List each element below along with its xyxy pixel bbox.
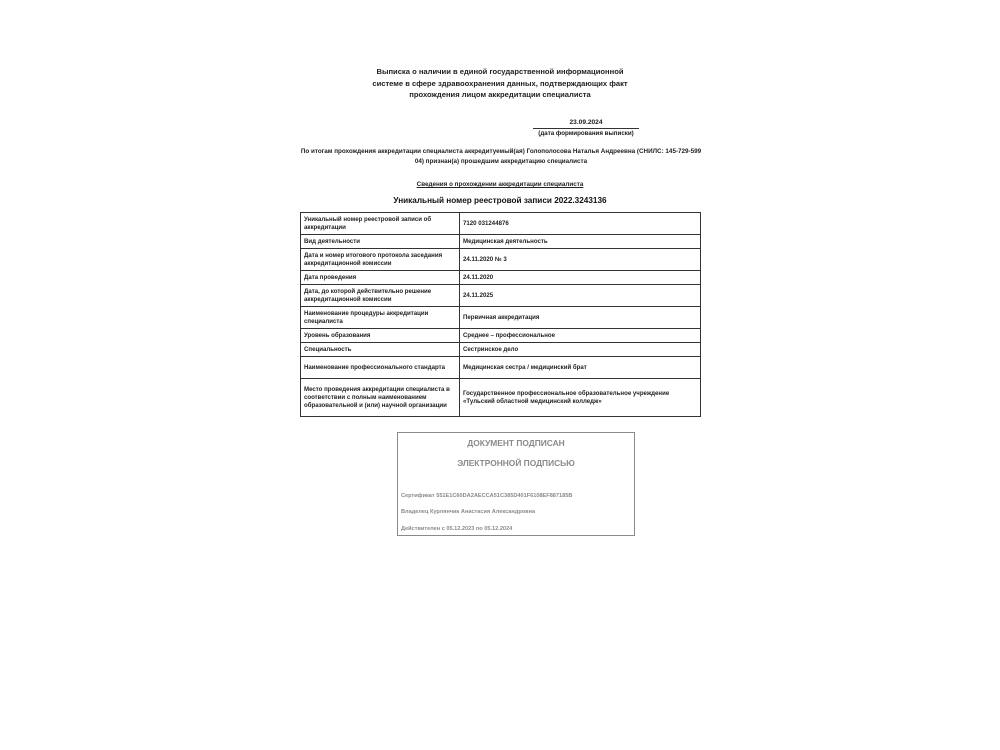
table-row: Вид деятельности Медицинская деятельност… [301,235,701,249]
row-value: Первичная аккредитация [460,307,701,329]
row-label: Вид деятельности [301,235,460,249]
table-row: Дата проведения 24.11.2020 [301,271,701,285]
row-label: Наименование процедуры аккредитации спец… [301,307,460,329]
row-label: Дата, до которой действительно решение а… [301,285,460,307]
stamp-heading-line1: ДОКУМЕНТ ПОДПИСАН [398,438,634,448]
row-label: Уникальный номер реестровой записи об ак… [301,213,460,235]
row-value: 24.11.2020 № 3 [460,249,701,271]
document-page: Выписка о наличии в единой государственн… [0,0,1000,750]
row-label: Наименование профессионального стандарта [301,357,460,379]
issue-date-block: 23.09.2024 (дата формирования выписки) [533,119,639,138]
registry-number: Уникальный номер реестровой записи 2022.… [300,196,700,205]
row-value: 24.11.2020 [460,271,701,285]
table-row: Специальность Сестринское дело [301,343,701,357]
row-value: Сестринское дело [460,343,701,357]
table-row: Уникальный номер реестровой записи об ак… [301,213,701,235]
row-value: Среднее – профессиональное [460,329,701,343]
row-value: Медицинская сестра / медицинский брат [460,357,701,379]
intro-text: По итогам прохождения аккредитации специ… [296,147,706,167]
stamp-heading-line2: ЭЛЕКТРОННОЙ ПОДПИСЬЮ [398,458,634,468]
section-title: Сведения о прохождении аккредитации спец… [300,181,700,188]
table-row: Наименование профессионального стандарта… [301,357,701,379]
title-line: Выписка о наличии в единой государственн… [300,66,700,78]
electronic-signature-stamp: ДОКУМЕНТ ПОДПИСАН ЭЛЕКТРОННОЙ ПОДПИСЬЮ С… [397,432,635,536]
row-value: Медицинская деятельность [460,235,701,249]
document-title: Выписка о наличии в единой государственн… [300,66,700,101]
row-label: Уровень образования [301,329,460,343]
row-value: 24.11.2025 [460,285,701,307]
table-row: Дата, до которой действительно решение а… [301,285,701,307]
row-label: Место проведения аккредитации специалист… [301,379,460,417]
issue-date: 23.09.2024 [533,119,639,129]
issue-date-caption: (дата формирования выписки) [533,129,639,138]
row-label: Специальность [301,343,460,357]
row-label: Дата и номер итогового протокола заседан… [301,249,460,271]
row-label: Дата проведения [301,271,460,285]
row-value: Государственное профессиональное образов… [460,379,701,417]
accreditation-table: Уникальный номер реестровой записи об ак… [300,212,701,417]
stamp-certificate: Сертификат 551E1C60DA2AECCA51C385D401F61… [401,493,572,499]
table-row: Уровень образования Среднее – профессион… [301,329,701,343]
title-line: прохождения лицом аккредитации специалис… [300,89,700,101]
stamp-owner: Владелец Курлянчик Анастасия Александров… [401,509,535,515]
table-row: Наименование процедуры аккредитации спец… [301,307,701,329]
row-value: 7120 031244876 [460,213,701,235]
stamp-validity: Действителен с 05.12.2023 по 05.12.2024 [401,526,512,532]
table-row: Дата и номер итогового протокола заседан… [301,249,701,271]
table-row: Место проведения аккредитации специалист… [301,379,701,417]
title-line: системе в сфере здравоохранения данных, … [300,78,700,90]
